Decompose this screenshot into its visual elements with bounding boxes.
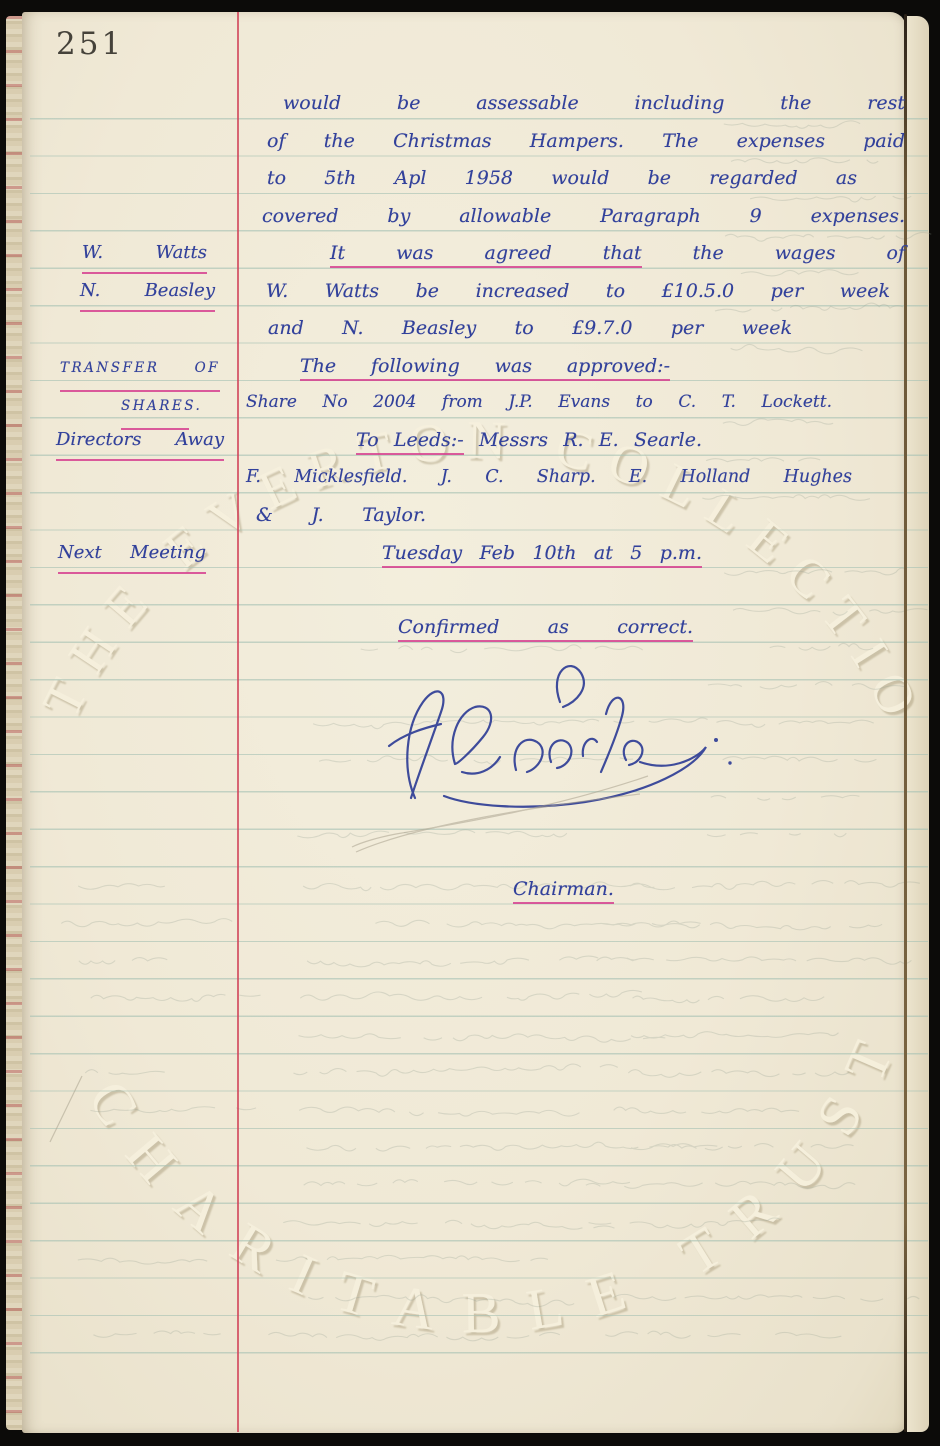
ledger-line: It was agreed that the wages of	[330, 242, 905, 272]
ledger-line-text: To Leeds:-	[356, 429, 464, 455]
ledger-line: To Leeds:- Messrs R. E. Searle.	[356, 429, 702, 459]
ledger-line: Share No 2004 from J.P. Evans to C. T. L…	[246, 392, 832, 422]
confirmed-line: Confirmed as correct.	[398, 616, 693, 646]
ledger-line: & J. Taylor.	[256, 504, 426, 534]
ledger-line: F. Micklesfield. J. C. Sharp. E. Holland…	[246, 467, 852, 497]
ledger-line-text: covered by allowable Paragraph 9 expense…	[262, 205, 905, 227]
ledger-line: to 5th Apl 1958 would be regarded as	[267, 167, 857, 197]
ledger-line-text: It was agreed that	[330, 242, 642, 268]
ledger-line-text: to 5th Apl 1958 would be regarded as	[267, 167, 857, 189]
ledger-line-text: the wages of	[642, 242, 905, 264]
chairman-text: Chairman.	[513, 878, 614, 904]
ledger-line-text: & J. Taylor.	[256, 504, 426, 526]
margin-note: Next Meeting	[58, 542, 206, 574]
margin-note: TRANSFER OF	[60, 360, 220, 392]
margin-rule-line	[237, 12, 239, 1432]
ledger-line-text: of the Christmas Hampers. The expenses p…	[267, 130, 905, 152]
ledger-line: The following was approved:-	[300, 355, 670, 385]
ledger-line-text: W. Watts be increased to £10.5.0 per wee…	[266, 280, 890, 302]
ledger-line: W. Watts be increased to £10.5.0 per wee…	[266, 280, 890, 310]
ledger-line-text: Share No 2004 from J.P. Evans to C. T. L…	[246, 392, 832, 412]
margin-note: SHARES.	[121, 398, 189, 430]
margin-note: Directors Away	[56, 429, 224, 461]
confirmed-text: Confirmed as correct.	[398, 616, 693, 642]
ledger-line: Tuesday Feb 10th at 5 p.m.	[382, 542, 702, 572]
ledger-line: would be assessable including the rest	[283, 92, 905, 122]
ledger-line-text: and N. Beasley to £9.7.0 per week	[268, 317, 792, 339]
ledger-line-text: The following was approved:-	[300, 355, 670, 381]
chairman-line: Chairman.	[513, 878, 671, 908]
ledger-line: of the Christmas Hampers. The expenses p…	[267, 130, 905, 160]
ledger-line: and N. Beasley to £9.7.0 per week	[268, 317, 792, 347]
scanned-minute-book: { "colors":{"ink_blue":"#32419b","underl…	[0, 0, 940, 1446]
page-number: 251	[56, 26, 124, 62]
margin-note: N. Beasley	[80, 280, 215, 312]
ledger-line-text: F. Micklesfield. J. C. Sharp. E. Holland…	[246, 467, 852, 487]
ledger-line: covered by allowable Paragraph 9 expense…	[262, 205, 905, 235]
ledger-line-text: would be assessable including the rest	[283, 92, 905, 114]
scan-background: THE EVERTON COLLECTION CHARITABLE TRUST …	[0, 0, 940, 1446]
margin-note: W. Watts	[82, 242, 207, 274]
ledger-line-text: Tuesday Feb 10th at 5 p.m.	[382, 542, 702, 568]
ledger-line-text: Messrs R. E. Searle.	[464, 429, 702, 451]
